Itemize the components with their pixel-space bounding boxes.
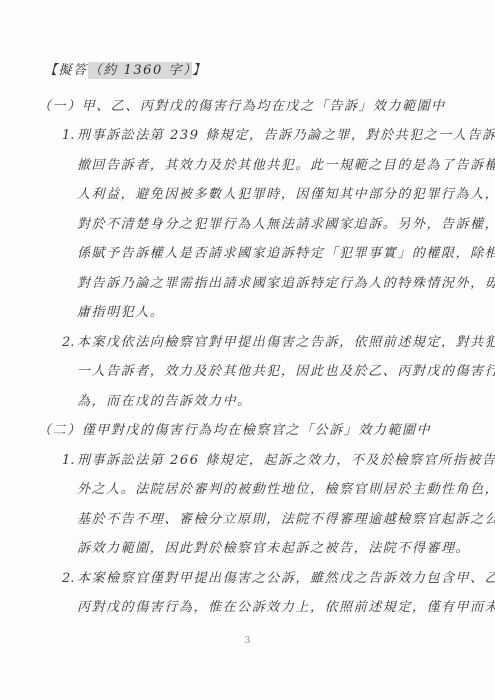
text-line: 刑事訴訟法第 266 條規定，起訴之效力，不及於檢察官所指被告以 bbox=[77, 446, 465, 476]
item-number: 2. bbox=[62, 328, 74, 358]
item-number: 2. bbox=[62, 564, 74, 594]
text-line: 為，而在戊的告訴效力中。 bbox=[77, 387, 465, 417]
section-1-title: 甲、乙、丙對戊的傷害行為均在戊之「告訴」效力範圍中 bbox=[82, 99, 446, 114]
text-line: 對於不清楚身分之犯罪行為人無法請求國家追訴。另外，告訴權， bbox=[77, 210, 465, 240]
text-line: 一人告訴者，效力及於其他共犯，因此也及於乙、丙對戊的傷害行 bbox=[77, 357, 465, 387]
header-prefix: 【擬答 bbox=[44, 63, 88, 78]
text-line: 本案戊依法向檢察官對甲提出傷害之告訴，依照前述規定，對共犯 bbox=[77, 328, 465, 358]
item-text: 刑事訴訟法第 266 條規定，起訴之效力，不及於檢察官所指被告以 外之人。法院居… bbox=[77, 446, 465, 564]
section-2-label: （二） bbox=[38, 423, 82, 438]
document-body: 【擬答（約 1360 字）】 （一）甲、乙、丙對戊的傷害行為均在戊之「告訴」效力… bbox=[0, 56, 495, 623]
section-1-item-1: 1. 刑事訴訟法第 239 條規定，告訴乃論之罪，對於共犯之一人告訴或 撤回告訴… bbox=[0, 121, 495, 328]
document-page: 【擬答（約 1360 字）】 （一）甲、乙、丙對戊的傷害行為均在戊之「告訴」效力… bbox=[0, 0, 495, 700]
item-number: 1. bbox=[62, 121, 74, 151]
text-line: 訴效力範圍，因此對於檢察官未起訴之被告，法院不得審理。 bbox=[77, 534, 465, 564]
section-2-item-2: 2. 本案檢察官僅對甲提出傷害之公訴，雖然戊之告訴效力包含甲、乙、 丙對戊的傷害… bbox=[0, 564, 495, 623]
text-line: 人利益，避免因被多數人犯罪時，因僅知其中部分的犯罪行為人， bbox=[77, 180, 465, 210]
item-text: 刑事訴訟法第 239 條規定，告訴乃論之罪，對於共犯之一人告訴或 撤回告訴者，其… bbox=[77, 121, 465, 328]
header-suffix: 】 bbox=[192, 63, 207, 78]
section-2-title: 僅甲對戊的傷害行為均在檢察官之「公訴」效力範圍中 bbox=[82, 423, 431, 438]
word-count-highlight: （約 1360 字） bbox=[88, 62, 192, 79]
answer-header: 【擬答（約 1360 字）】 bbox=[0, 56, 495, 86]
text-line: 撤回告訴者，其效力及於其他共犯。此一規範之目的是為了告訴權 bbox=[77, 151, 465, 181]
item-text: 本案戊依法向檢察官對甲提出傷害之告訴，依照前述規定，對共犯 一人告訴者，效力及於… bbox=[77, 328, 465, 417]
item-text: 本案檢察官僅對甲提出傷害之公訴，雖然戊之告訴效力包含甲、乙、 丙對戊的傷害行為，… bbox=[77, 564, 465, 623]
page-number: 3 bbox=[0, 634, 495, 648]
section-1-item-2: 2. 本案戊依法向檢察官對甲提出傷害之告訴，依照前述規定，對共犯 一人告訴者，效… bbox=[0, 328, 495, 417]
item-number: 1. bbox=[62, 446, 74, 476]
text-line: 係賦予告訴權人是否請求國家追訴特定「犯罪事實」的權限，除相 bbox=[77, 239, 465, 269]
section-2-item-1: 1. 刑事訴訟法第 266 條規定，起訴之效力，不及於檢察官所指被告以 外之人。… bbox=[0, 446, 495, 564]
text-line: 本案檢察官僅對甲提出傷害之公訴，雖然戊之告訴效力包含甲、乙、 bbox=[77, 564, 465, 594]
text-line: 對告訴乃論之罪需指出請求國家追訴特定行為人的特殊情況外，毋 bbox=[77, 269, 465, 299]
section-1-label: （一） bbox=[38, 99, 82, 114]
text-line: 庸指明犯人。 bbox=[77, 298, 465, 328]
text-line: 刑事訴訟法第 239 條規定，告訴乃論之罪，對於共犯之一人告訴或 bbox=[77, 121, 465, 151]
text-line: 丙對戊的傷害行為，惟在公訴效力上，依照前述規定，僅有甲而未 bbox=[77, 593, 465, 623]
section-1-heading: （一）甲、乙、丙對戊的傷害行為均在戊之「告訴」效力範圍中 bbox=[0, 92, 495, 122]
text-line: 外之人。法院居於審判的被動性地位，檢察官則居於主動性角色， bbox=[77, 475, 465, 505]
section-2-heading: （二）僅甲對戊的傷害行為均在檢察官之「公訴」效力範圍中 bbox=[0, 416, 495, 446]
text-line: 基於不告不理、審檢分立原則，法院不得審理逾越檢察官起訴之公 bbox=[77, 505, 465, 535]
